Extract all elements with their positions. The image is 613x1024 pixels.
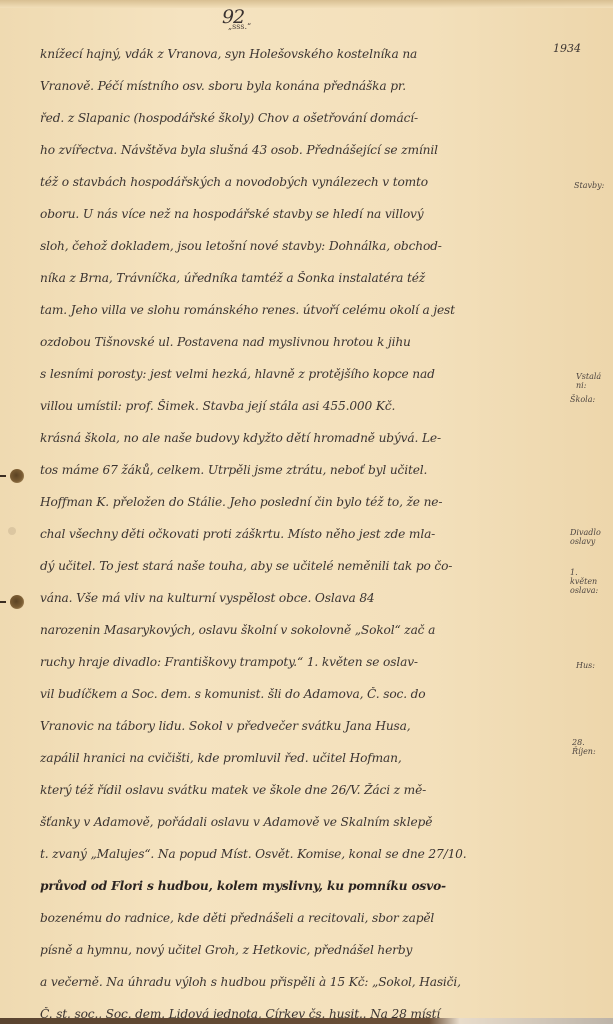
margin-note: 28. Říjen: [572,738,608,756]
text-line: ho zvířectva. Návštěva byla slušná 43 os… [40,143,550,157]
text-line: chal všechny děti očkovati proti záškrtu… [40,527,550,541]
text-line: ruchy hraje divadlo: Františkovy trampot… [40,655,550,669]
text-line: a večerně. Na úhradu výloh s hudbou přis… [40,975,550,989]
text-line: krásná škola, no ale naše budovy kdyžto … [40,431,550,445]
binding-hole-upper [10,469,24,483]
margin-note: Vstalá ni: [576,372,606,390]
text-line: šťanky v Adamově, pořádali oslavu v Adam… [40,815,550,829]
text-line: tam. Jeho villa ve slohu románského rene… [40,303,550,317]
text-line: villou umístil: prof. Šimek. Stavba její… [40,399,550,413]
manuscript-page: 92 „sss.“ 1934 knížecí hajný, vdák z Vra… [0,0,613,1024]
text-line: narozenin Masarykových, oslavu školní v … [40,623,550,637]
margin-note: 1. květen oslava: [570,568,606,595]
text-line: který též řídil oslavu svátku matek ve š… [40,783,550,797]
text-line: Vranově. Péčí místního osv. sboru byla k… [40,79,550,93]
text-line: níka z Brna, Trávníčka, úředníka tamtéž … [40,271,550,285]
margin-note: Škola: [570,395,595,404]
text-line: vil budíčkem a Soc. dem. s komunist. šli… [40,687,550,701]
text-line: s lesními porosty: jest velmi hezká, hla… [40,367,550,381]
text-line: Vranovic na tábory lidu. Sokol v předveč… [40,719,550,733]
text-line: tos máme 67 žáků, celkem. Utrpěli jsme z… [40,463,550,477]
text-line: vána. Vše má vliv na kulturní vyspělost … [40,591,550,605]
binding-thread [0,601,6,603]
text-line: knížecí hajný, vdák z Vranova, syn Holeš… [40,47,550,61]
text-line: sloh, čehož dokladem, jsou letošní nové … [40,239,550,253]
binding-hole-lower [10,595,24,609]
paper-smudge [8,527,16,535]
text-line: t. zvaný „Malujes“. Na popud Míst. Osvět… [40,847,550,861]
text-line: průvod od Flori s hudbou, kolem myslivny… [40,879,550,893]
page-number-subscript: „sss.“ [228,22,251,31]
text-line: též o stavbách hospodářských a novodobýc… [40,175,550,189]
text-line: ozdobou Tišnovské ul. Postavena nad mysl… [40,335,550,349]
text-line: bozenému do radnice, kde děti přednášeli… [40,911,550,925]
text-line: zapálil hranici na cvičišti, kde promluv… [40,751,550,765]
text-line: Hoffman K. přeložen do Stálie. Jeho posl… [40,495,550,509]
text-line: řed. z Slapanic (hospodářské školy) Chov… [40,111,550,125]
text-line: dý učitel. To jest stará naše touha, aby… [40,559,550,573]
page-bottom-edge [0,1018,613,1024]
page-top-edge [0,0,613,8]
year-margin-note: 1934 [553,44,581,53]
margin-note: Hus: [576,661,595,670]
text-line: písně a hymnu, nový učitel Groh, z Hetko… [40,943,550,957]
binding-thread [0,475,6,477]
margin-note: Stavby: [574,181,604,190]
text-line: oboru. U nás více než na hospodářské sta… [40,207,550,221]
margin-note: Divadlo oslavy [570,528,606,546]
